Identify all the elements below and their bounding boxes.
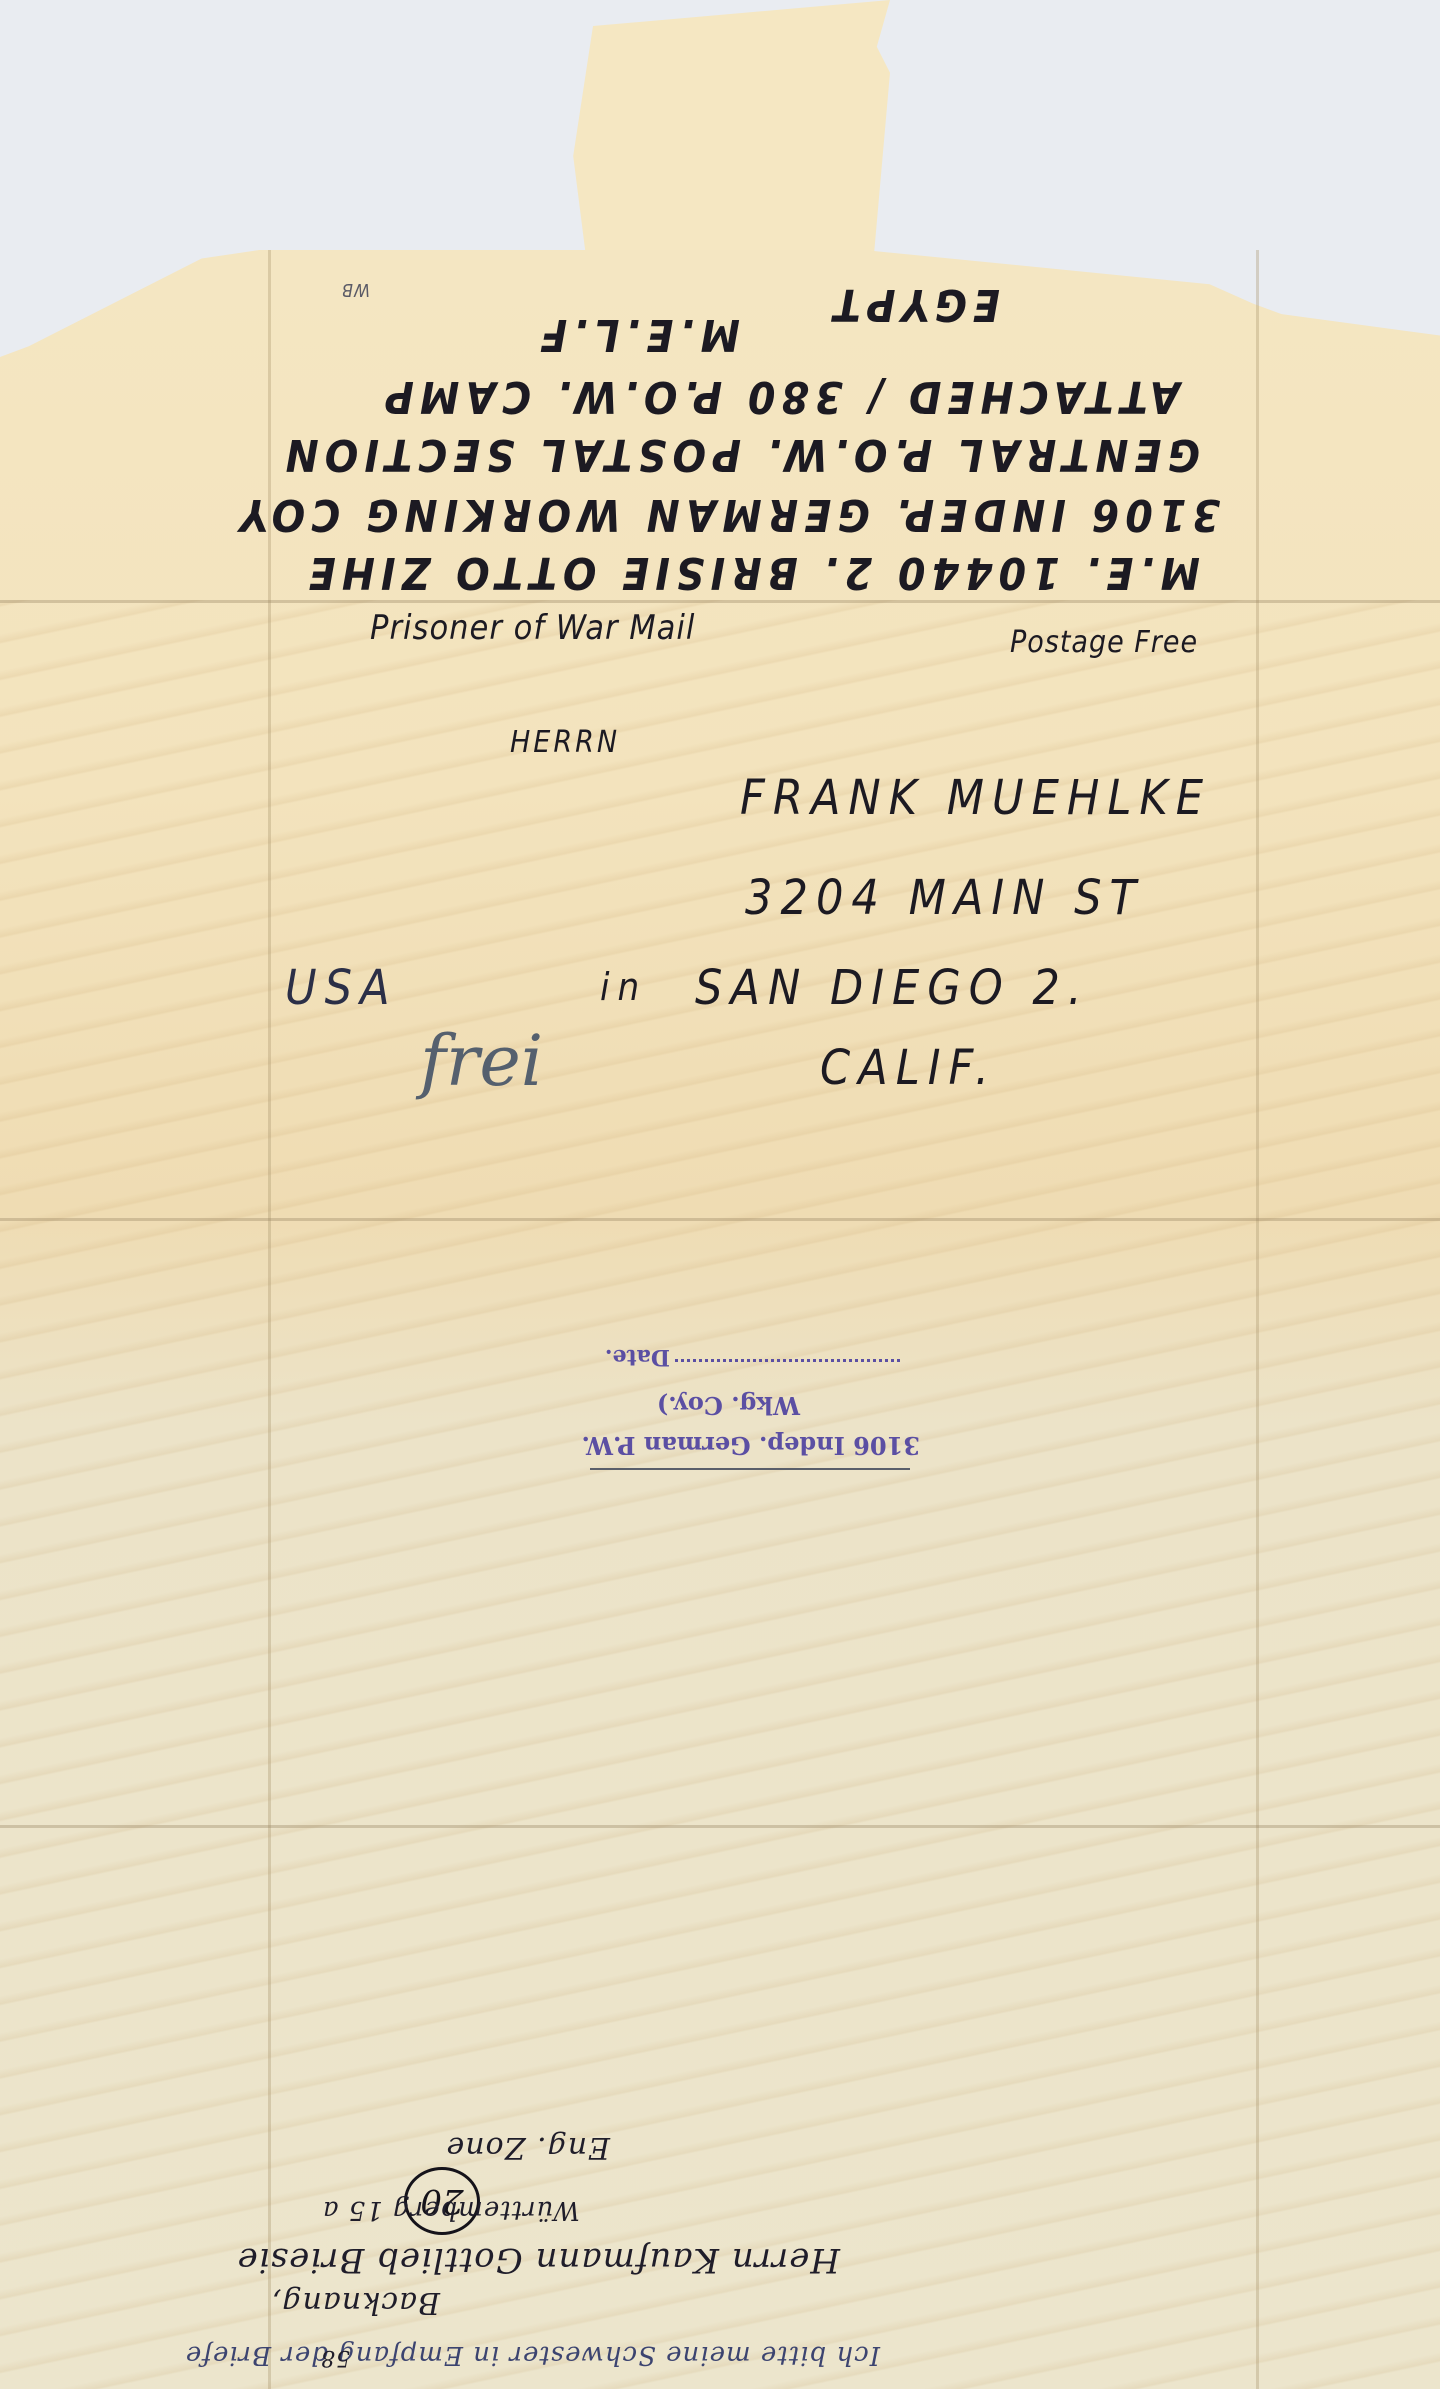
sender-line-2: 3106 INDEP. GERMAN WORKING COY xyxy=(234,489,1220,540)
bottom-handwriting-block: Eng. Zone 20 Württemberg 15 a Herrn Kauf… xyxy=(300,2095,1200,2375)
addressee-country: USA xyxy=(285,960,398,1016)
stamp-line-2: Wkg. Coy.) xyxy=(657,1391,800,1420)
pencil-underline xyxy=(590,1468,910,1470)
pow-mail-label: Prisoner of War Mail xyxy=(370,608,695,648)
stamp-line-1: 3106 Indep. German P.W. xyxy=(581,1431,920,1460)
addressee-street: 3204 MAIN ST xyxy=(745,870,1144,926)
note-line: Ich bitte meine Schwester in Empfang der… xyxy=(185,2340,880,2370)
stamp-date-label: Date. xyxy=(605,1344,670,1370)
document-page: WB M.E. 10440 2. BRISIE OTTO ZIHE 3106 I… xyxy=(0,0,1440,2389)
envelope-top-flap xyxy=(560,0,890,260)
stamp-date-dots xyxy=(675,1359,900,1362)
fold-line-lower xyxy=(0,1825,1440,1828)
city-prefix: in xyxy=(600,965,647,1009)
fold-line-left xyxy=(268,250,271,2389)
corner-mark: WB xyxy=(341,279,370,300)
margin-mark: 58 xyxy=(320,2345,350,2370)
postage-free-label: Postage Free xyxy=(1010,625,1198,660)
region-line: Württemberg 15 a xyxy=(322,2195,580,2225)
sender-line-4: ATTACHED / 380 P.O.W. CAMP xyxy=(379,371,1180,422)
fold-line-right xyxy=(1256,250,1259,2389)
sender-line-5: M.E.L.F xyxy=(534,309,740,360)
sender-line-1: M.E. 10440 2. BRISIE OTTO ZIHE xyxy=(303,547,1200,598)
addressee-state: CALIF. xyxy=(820,1040,997,1096)
recipient-line: Herrn Kaufmann Gottlieb Briesie xyxy=(237,2240,840,2280)
sender-line-6: EGYPT xyxy=(828,279,1000,330)
sender-line-3: GENTRAL P.O.W. POSTAL SECTION xyxy=(280,429,1200,480)
salutation: HERRN xyxy=(510,725,620,760)
sender-block: WB M.E. 10440 2. BRISIE OTTO ZIHE 3106 I… xyxy=(340,270,1240,600)
unit-stamp: Date. Wkg. Coy.) 3106 Indep. German P.W. xyxy=(520,1310,920,1490)
town-line: Backnang, xyxy=(271,2285,440,2320)
fold-line-top xyxy=(0,600,1440,603)
zone-label: Eng. Zone xyxy=(446,2130,610,2165)
pencil-note: frei xyxy=(420,1020,543,1102)
fold-line-middle xyxy=(0,1218,1440,1221)
addressee-name: FRANK MUEHLKE xyxy=(740,770,1211,826)
addressee-city: SAN DIEGO 2. xyxy=(695,960,1090,1016)
